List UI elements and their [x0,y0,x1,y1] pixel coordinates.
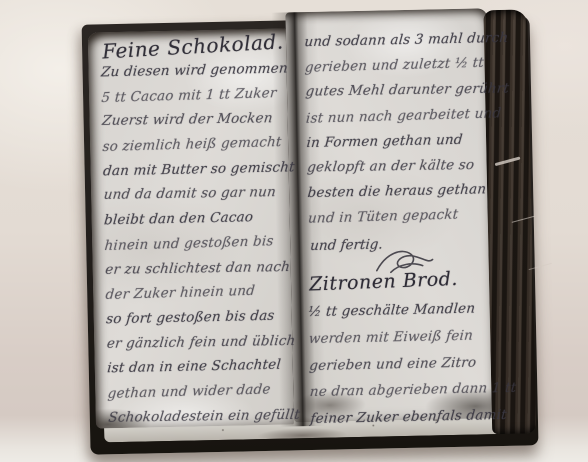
photo-of-open-manuscript-book: Feine Schokolad. Zu diesen wird genommen… [0,0,588,462]
handwritten-line: so fort gestoßen bis das [105,307,289,336]
open-book: Feine Schokolad. Zu diesen wird genommen… [79,5,540,460]
handwritten-line: geklopft an der kälte so [305,157,492,185]
handwritten-line: gethan und wider dade [106,381,290,411]
right-page-text-top: und sodann als 3 mahl durch gerieben und… [304,30,492,235]
handwritten-line: und da damit so gar nun [102,184,287,212]
handwritten-line: feiner Zuker ebenfals damit [309,407,501,438]
handwritten-line: hinein und gestoßen bis [103,233,287,263]
edge-highlight-streak [495,156,521,166]
right-page-text-bottom: ½ tt geschälte Mandlen werden mit Eiweiß… [307,300,500,438]
handwritten-line: gutes Mehl darunter gerührt [304,81,491,109]
left-page-text: Zu diesen wird genommen 5 tt Cacao mit 1… [100,61,290,435]
handwritten-line: werden mit Eiweiß fein [307,327,499,358]
handwritten-line: ½ tt geschälte Mandlen [307,300,499,331]
handwritten-line: Schokoladestein ein gefüllt [107,407,292,435]
handwritten-line: und in Tüten gepackt [307,206,493,236]
handwritten-line: in Formen gethan und [305,131,491,160]
handwritten-line: ne dran abgerieben dann 1 tt [308,380,500,411]
handwritten-line: er gänzlich fein und üblich [105,332,290,360]
